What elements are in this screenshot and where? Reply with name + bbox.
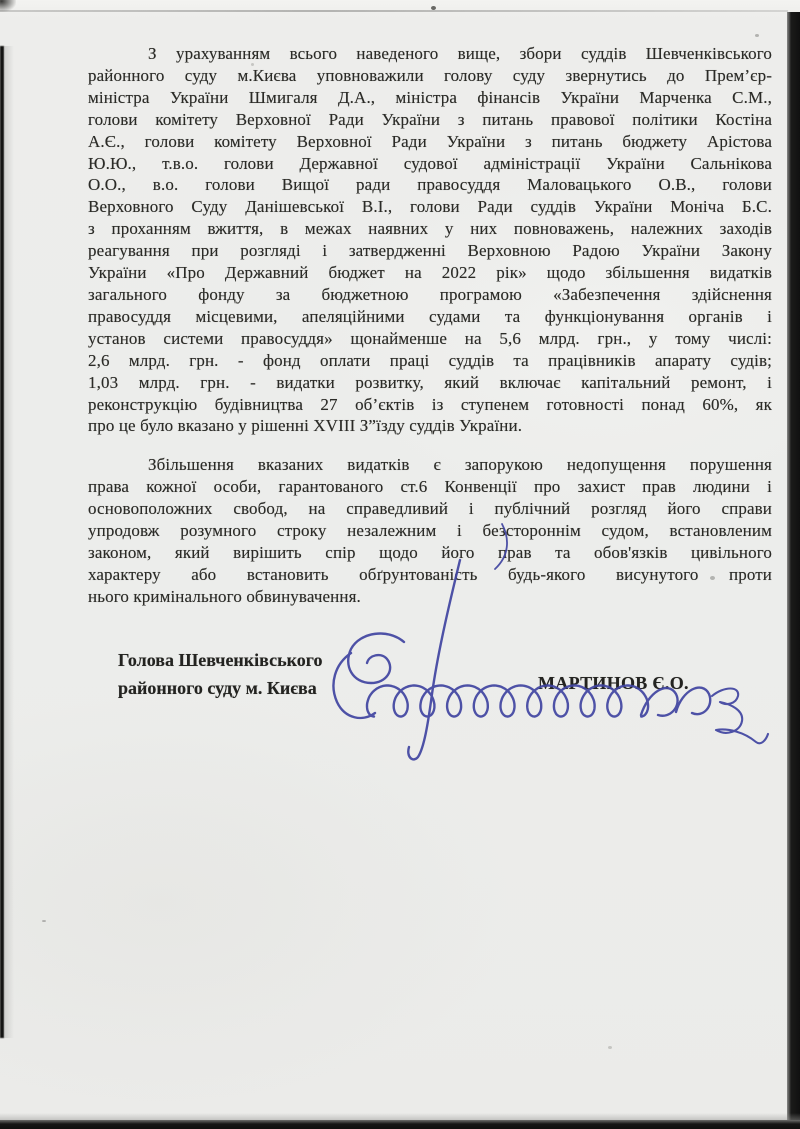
scan-edge-bottom-fade [0, 1113, 800, 1120]
text-line: Ю.Ю., т.в.о. голови Державної судової ад… [88, 153, 772, 175]
text-line: Збільшення вказаних видатків є запорукою… [88, 454, 772, 476]
text-line: України «Про Державний бюджет на 2022 рі… [88, 262, 772, 284]
text-line: характеру або встановить обґрунтованість… [88, 564, 772, 586]
scan-speck [42, 920, 46, 922]
scan-edge-bottom [0, 1120, 800, 1129]
scan-speck [431, 6, 436, 10]
text-line: основоположних свобод, на справедливий і… [88, 498, 772, 520]
text-line: А.Є., голови комітету Верховної Ради Укр… [88, 131, 772, 153]
text-line: 1,03 млрд. грн. - видатки розвитку, який… [88, 372, 772, 394]
signer-name: МАРТИНОВ Є.О. [538, 669, 689, 697]
text-line: 2,6 млрд. грн. - фонд оплати праці судді… [88, 350, 772, 372]
text-line: міністра України Шмигаля Д.А., міністра … [88, 87, 772, 109]
text-line: загального фонду за бюджетною програмою … [88, 284, 772, 306]
scan-edge-right [787, 12, 800, 1129]
text-line: установ системи правосуддя» щонайменше н… [88, 328, 772, 350]
text-line: районного суду м.Києва уповноважили голо… [88, 65, 772, 87]
scan-edge-left-shade [4, 46, 14, 1038]
text-line: права кожної особи, гарантованого ст.6 К… [88, 476, 772, 498]
text-line: О.О., в.о. голови Вищої ради правосуддя … [88, 174, 772, 196]
text-line: Верховного Суду Данішевської В.І., голов… [88, 196, 772, 218]
text-line: реагування при розгляді і затвердженні В… [88, 240, 772, 262]
text-line: нього кримінального обвинувачення. [88, 586, 772, 608]
text-line: правосуддя місцевими, апеляційними судам… [88, 306, 772, 328]
scan-edge-top-line [0, 10, 788, 12]
signature-block: Голова Шевченківського районного суду м.… [118, 646, 772, 702]
text-line: голови комітету Верховної Ради України з… [88, 109, 772, 131]
scanned-document-page: З урахуванням всього наведеного вище, зб… [0, 0, 800, 1129]
paragraph: Збільшення вказаних видатків є запорукою… [88, 454, 772, 607]
scan-corner-blob [0, 0, 16, 12]
scan-speck [608, 1046, 612, 1049]
text-line: упродовж розумного строку незалежним і б… [88, 520, 772, 542]
paragraph: З урахуванням всього наведеного вище, зб… [88, 43, 772, 437]
text-line: законом, який вирішить спір щодо його пр… [88, 542, 772, 564]
text-line: З урахуванням всього наведеного вище, зб… [88, 43, 772, 65]
text-line: реконструкцію будівництва 27 об’єктів із… [88, 394, 772, 416]
document-body: З урахуванням всього наведеного вище, зб… [88, 43, 772, 608]
text-line: про це було вказано у рішенні XVIII З”їз… [88, 415, 772, 437]
scan-speck [755, 34, 759, 37]
text-line: з проханням вжиття, в межах наявних у ни… [88, 218, 772, 240]
